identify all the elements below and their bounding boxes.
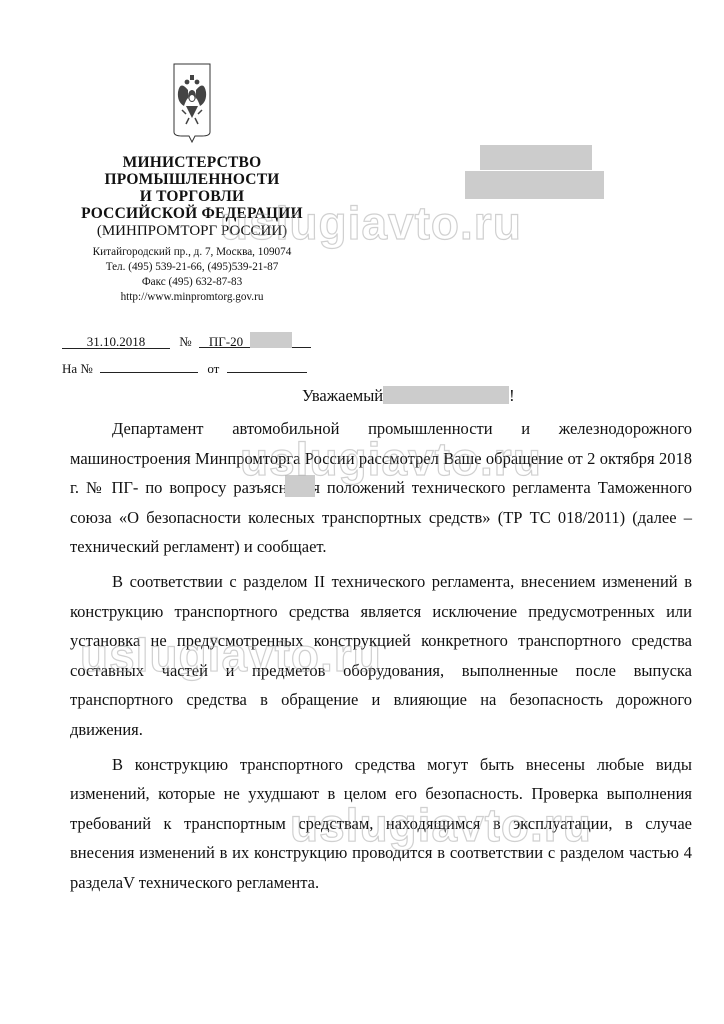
incoming-number-label: На № — [62, 361, 93, 376]
incoming-date — [227, 358, 307, 373]
letterhead: МИНИСТЕРСТВО ПРОМЫШЛЕННОСТИ И ТОРГОВЛИ Р… — [62, 62, 322, 305]
outgoing-number-prefix: ПГ-20 — [209, 334, 243, 349]
incoming-number — [100, 358, 198, 373]
coat-of-arms-icon — [172, 62, 212, 148]
paragraph-request-review: Департамент автомобильной промышленности… — [70, 414, 692, 562]
greeting-prefix: Уважаемый — [302, 386, 383, 405]
paragraph-definition: В соответствии с разделом II техническог… — [70, 567, 692, 745]
fax-number: Факс (495) 632-87-83 — [62, 275, 322, 290]
greeting: Уважаемый! — [302, 386, 515, 406]
outgoing-number-redaction — [250, 332, 292, 348]
ministry-name-line: МИНИСТЕРСТВО — [62, 154, 322, 171]
recipient-name-redacted — [383, 386, 509, 404]
recipient-redaction-line-1 — [480, 145, 592, 170]
address: Китайгородский пр., д. 7, Москва, 109074 — [62, 245, 322, 260]
ministry-name-line: РОССИЙСКОЙ ФЕДЕРАЦИИ — [62, 205, 322, 222]
recipient-redaction-line-2 — [465, 171, 604, 199]
ministry-short-name: (МИНПРОМТОРГ РОССИИ) — [62, 222, 322, 240]
request-number-redaction — [285, 475, 315, 497]
ministry-name: МИНИСТЕРСТВО ПРОМЫШЛЕННОСТИ И ТОРГОВЛИ Р… — [62, 154, 322, 222]
greeting-suffix: ! — [509, 386, 515, 405]
outgoing-date: 31.10.2018 — [62, 334, 170, 349]
ministry-contacts: Китайгородский пр., д. 7, Москва, 109074… — [62, 245, 322, 305]
incoming-reference: На № от — [62, 358, 307, 377]
paragraph-changes-allowed: В конструкцию транспортного средства мог… — [70, 750, 692, 898]
phone-numbers: Тел. (495) 539-21-66, (495)539-21-87 — [62, 260, 322, 275]
ministry-name-line: И ТОРГОВЛИ — [62, 188, 322, 205]
letter-body: Департамент автомобильной промышленности… — [70, 414, 692, 903]
website-link[interactable]: http://www.minpromtorg.gov.ru — [62, 290, 322, 305]
incoming-from-label: от — [207, 361, 219, 376]
ministry-name-line: ПРОМЫШЛЕННОСТИ — [62, 171, 322, 188]
number-sign: № — [179, 334, 191, 349]
